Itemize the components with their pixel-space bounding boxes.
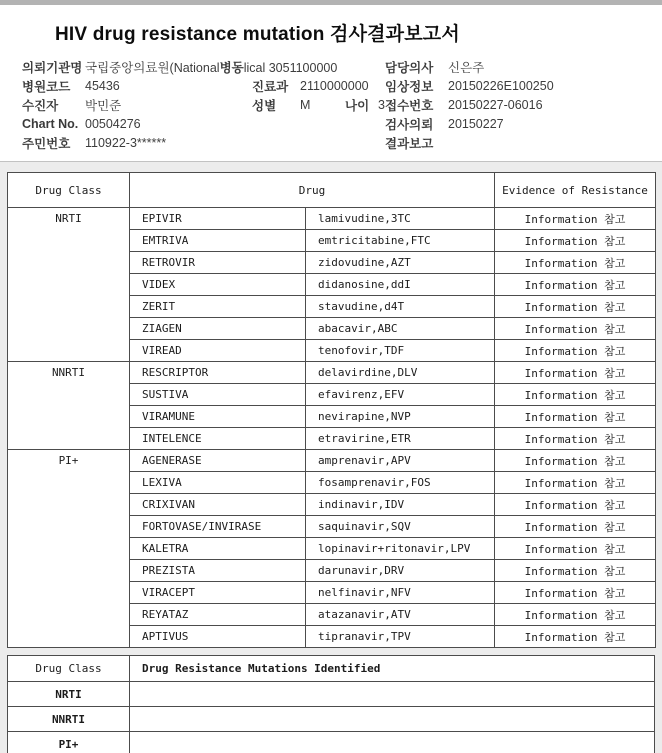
- generic-cell: efavirenz,EFV: [306, 384, 495, 406]
- brand-cell: VIDEX: [130, 274, 306, 296]
- resistance-table-body: NRTIEPIVIRlamivudine,3TCInformation 참고EM…: [8, 208, 656, 648]
- drug-class-cell: PI+: [8, 450, 130, 648]
- drug-class-cell: NNRTI: [8, 362, 130, 450]
- mutations-row: PI+: [8, 732, 655, 753]
- mutations-value-cell: [130, 707, 655, 732]
- sex-label: 성별: [252, 96, 300, 114]
- rrn-label: 주민번호: [22, 134, 85, 152]
- evidence-cell: Information 참고: [495, 516, 656, 538]
- brand-cell: RETROVIR: [130, 252, 306, 274]
- dept-label: 진료과: [252, 77, 300, 95]
- resistance-row: NNRTIRESCRIPTORdelavirdine,DLVInformatio…: [8, 362, 656, 384]
- tables-area: Drug Class Drug Evidence of Resistance N…: [0, 161, 662, 753]
- resistance-table: Drug Class Drug Evidence of Resistance N…: [7, 172, 656, 648]
- mutations-row: NRTI: [8, 682, 655, 707]
- chart-no-value: 00504276: [85, 117, 385, 131]
- hospital-code-value: 45436: [85, 79, 252, 93]
- brand-cell: ZERIT: [130, 296, 306, 318]
- evidence-cell: Information 참고: [495, 582, 656, 604]
- mutations-value-cell: [130, 682, 655, 707]
- mutations-table-header-row: Drug Class Drug Resistance Mutations Ide…: [8, 656, 655, 682]
- age-value: 3: [378, 98, 385, 112]
- patient-label: 수진자: [22, 96, 85, 114]
- generic-cell: darunavir,DRV: [306, 560, 495, 582]
- request-date-value: 20150227: [448, 117, 662, 131]
- evidence-cell: Information 참고: [495, 208, 656, 230]
- report-header-info: 의뢰기관명 국립중앙의료원(National병동lical 3051100000…: [0, 57, 662, 152]
- header-row-3: 수진자 박민준 성별 M나이3 접수번호 20150227-06016: [22, 95, 662, 114]
- generic-cell: didanosine,ddI: [306, 274, 495, 296]
- evidence-cell: Information 참고: [495, 318, 656, 340]
- hospital-code-label: 병원코드: [22, 77, 85, 95]
- resistance-table-header-row: Drug Class Drug Evidence of Resistance: [8, 173, 656, 208]
- rrn-value: 110922-3******: [85, 136, 385, 150]
- brand-cell: PREZISTA: [130, 560, 306, 582]
- resistance-row: NRTIEPIVIRlamivudine,3TCInformation 참고: [8, 208, 656, 230]
- generic-cell: tenofovir,TDF: [306, 340, 495, 362]
- evidence-cell: Information 참고: [495, 362, 656, 384]
- brand-cell: KALETRA: [130, 538, 306, 560]
- evidence-cell: Information 참고: [495, 230, 656, 252]
- evidence-cell: Information 참고: [495, 450, 656, 472]
- generic-cell: delavirdine,DLV: [306, 362, 495, 384]
- page-title: HIV drug resistance mutation 검사결과보고서: [0, 5, 662, 55]
- brand-cell: SUSTIVA: [130, 384, 306, 406]
- evidence-cell: Information 참고: [495, 626, 656, 648]
- brand-cell: CRIXIVAN: [130, 494, 306, 516]
- mutations-identified-header: Drug Resistance Mutations Identified: [130, 656, 655, 682]
- clinical-label: 임상정보: [385, 77, 448, 95]
- evidence-cell: Information 참고: [495, 560, 656, 582]
- generic-cell: stavudine,d4T: [306, 296, 495, 318]
- brand-cell: AGENERASE: [130, 450, 306, 472]
- mutations-value-cell: [130, 732, 655, 753]
- brand-cell: EMTRIVA: [130, 230, 306, 252]
- header-row-5: 주민번호 110922-3****** 결과보고: [22, 133, 662, 152]
- evidence-header: Evidence of Resistance: [495, 173, 656, 208]
- generic-cell: etravirine,ETR: [306, 428, 495, 450]
- dept-value: 2110000000: [300, 79, 385, 93]
- brand-cell: REYATAZ: [130, 604, 306, 626]
- generic-cell: zidovudine,AZT: [306, 252, 495, 274]
- generic-cell: fosamprenavir,FOS: [306, 472, 495, 494]
- org-label: 의뢰기관명: [22, 58, 85, 76]
- drug-class-cell: NRTI: [8, 208, 130, 362]
- mutations-drug-class-cell: NRTI: [8, 682, 130, 707]
- generic-cell: emtricitabine,FTC: [306, 230, 495, 252]
- drug-class-header: Drug Class: [8, 173, 130, 208]
- clinical-value: 20150226E100250: [448, 79, 662, 93]
- generic-cell: atazanavir,ATV: [306, 604, 495, 626]
- generic-cell: abacavir,ABC: [306, 318, 495, 340]
- brand-cell: FORTOVASE/INVIRASE: [130, 516, 306, 538]
- brand-cell: VIRACEPT: [130, 582, 306, 604]
- brand-cell: ZIAGEN: [130, 318, 306, 340]
- evidence-cell: Information 참고: [495, 472, 656, 494]
- receipt-label: 접수번호: [385, 96, 448, 114]
- evidence-cell: Information 참고: [495, 296, 656, 318]
- brand-cell: RESCRIPTOR: [130, 362, 306, 384]
- generic-cell: amprenavir,APV: [306, 450, 495, 472]
- mutations-table-body: NRTINNRTIPI+: [8, 682, 655, 753]
- mutations-table: Drug Class Drug Resistance Mutations Ide…: [7, 655, 655, 753]
- evidence-cell: Information 참고: [495, 428, 656, 450]
- brand-cell: VIREAD: [130, 340, 306, 362]
- mutations-drug-class-header: Drug Class: [8, 656, 130, 682]
- evidence-cell: Information 참고: [495, 538, 656, 560]
- evidence-cell: Information 참고: [495, 406, 656, 428]
- brand-cell: EPIVIR: [130, 208, 306, 230]
- brand-cell: APTIVUS: [130, 626, 306, 648]
- mutations-row: NNRTI: [8, 707, 655, 732]
- generic-cell: lopinavir+ritonavir,LPV: [306, 538, 495, 560]
- doctor-label: 담당의사: [385, 58, 448, 76]
- age-label: 나이: [345, 96, 378, 114]
- chart-no-label: Chart No.: [22, 117, 85, 131]
- resistance-row: PI+AGENERASEamprenavir,APVInformation 참고: [8, 450, 656, 472]
- drug-header: Drug: [130, 173, 495, 208]
- evidence-cell: Information 참고: [495, 494, 656, 516]
- brand-cell: INTELENCE: [130, 428, 306, 450]
- header-row-1: 의뢰기관명 국립중앙의료원(National병동lical 3051100000…: [22, 57, 662, 76]
- mutations-drug-class-cell: NNRTI: [8, 707, 130, 732]
- evidence-cell: Information 참고: [495, 340, 656, 362]
- brand-cell: LEXIVA: [130, 472, 306, 494]
- generic-cell: indinavir,IDV: [306, 494, 495, 516]
- sex-value: M: [300, 98, 345, 112]
- generic-cell: lamivudine,3TC: [306, 208, 495, 230]
- header-row-2: 병원코드 45436 진료과 2110000000 임상정보 20150226E…: [22, 76, 662, 95]
- evidence-cell: Information 참고: [495, 384, 656, 406]
- sex-age-values: M나이3: [300, 96, 385, 114]
- patient-value: 박민준: [85, 96, 252, 114]
- doctor-value: 신은주: [448, 58, 662, 76]
- header-row-4: Chart No. 00504276 검사의뢰 20150227: [22, 114, 662, 133]
- evidence-cell: Information 참고: [495, 604, 656, 626]
- report-date-label: 결과보고: [385, 134, 448, 152]
- generic-cell: nelfinavir,NFV: [306, 582, 495, 604]
- evidence-cell: Information 참고: [495, 252, 656, 274]
- generic-cell: nevirapine,NVP: [306, 406, 495, 428]
- generic-cell: saquinavir,SQV: [306, 516, 495, 538]
- mutations-drug-class-cell: PI+: [8, 732, 130, 753]
- receipt-value: 20150227-06016: [448, 98, 662, 112]
- evidence-cell: Information 참고: [495, 274, 656, 296]
- request-date-label: 검사의뢰: [385, 115, 448, 133]
- org-value: 국립중앙의료원(National병동lical 3051100000: [85, 58, 385, 76]
- generic-cell: tipranavir,TPV: [306, 626, 495, 648]
- brand-cell: VIRAMUNE: [130, 406, 306, 428]
